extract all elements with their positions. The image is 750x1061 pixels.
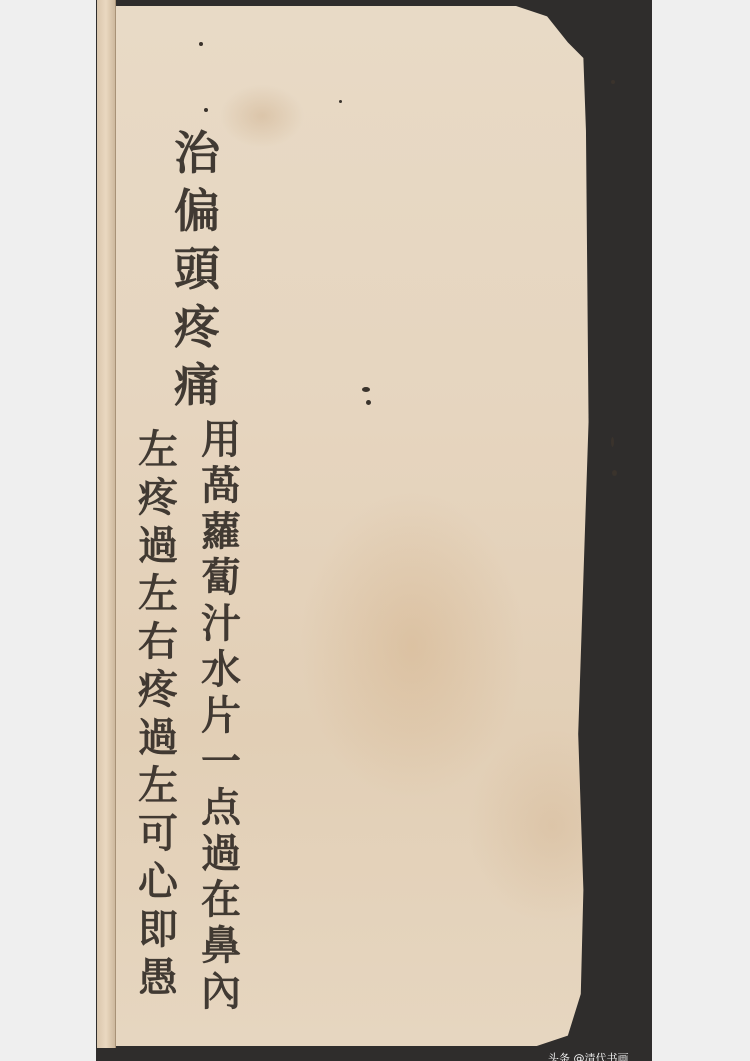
ink-speck [362, 387, 370, 392]
body-char: 蘿 [201, 512, 241, 558]
ink-speck [204, 108, 208, 112]
body-char: 左 [138, 430, 178, 478]
body-char: 疼 [138, 670, 178, 718]
body-char: 疼 [138, 478, 178, 526]
body-char: 即 [138, 910, 178, 958]
ink-speck [339, 100, 342, 103]
ink-speck [611, 80, 615, 84]
ink-speck [612, 470, 617, 476]
body-char: 用 [201, 420, 241, 466]
body-char: 左 [138, 766, 178, 814]
body-char: 過 [138, 526, 178, 574]
body-char: 汁 [201, 604, 241, 650]
body-char: 点 [201, 788, 241, 834]
body-char: 水 [201, 650, 241, 696]
page-spine [97, 0, 116, 1048]
title-char: 疼 [174, 304, 220, 362]
body-char: 一 [201, 742, 241, 788]
body-char: 鼻 [201, 926, 241, 972]
body-char: 過 [138, 718, 178, 766]
title-char: 痛 [174, 362, 220, 420]
ink-speck [199, 42, 203, 46]
body-char: 蔔 [201, 558, 241, 604]
body-char: 萵 [201, 466, 241, 512]
body-char: 在 [201, 880, 241, 926]
title-char: 治 [174, 130, 220, 188]
body-char: 右 [138, 622, 178, 670]
ink-speck [366, 400, 371, 405]
body-char: 左 [138, 574, 178, 622]
body-char: 愚 [138, 958, 178, 1006]
body-char: 心 [138, 862, 178, 910]
title-char: 偏 [174, 188, 220, 246]
body-char: 內 [201, 972, 241, 1018]
title-char: 頭 [174, 246, 220, 304]
watermark: 头条 @清代书画 [548, 1050, 629, 1061]
body-char: 可 [138, 814, 178, 862]
body-char: 過 [201, 834, 241, 880]
text-column-2: 左 疼 過 左 右 疼 過 左 可 心 即 愚 [128, 430, 188, 1006]
ink-speck [611, 437, 614, 447]
body-char: 片 [201, 696, 241, 742]
